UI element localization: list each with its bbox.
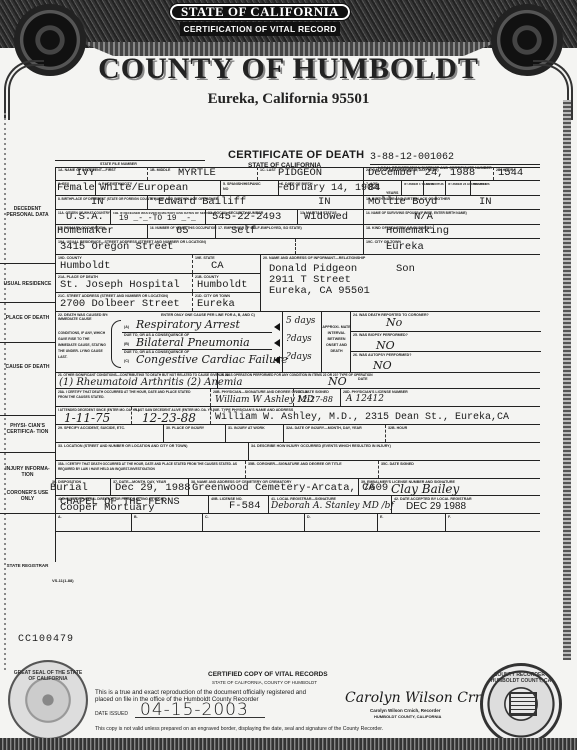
- field-father: 9. NAME AND BIRTHPLACE OF FATHER Edward …: [147, 196, 363, 209]
- fd-license-value: F-584: [229, 500, 261, 512]
- field-occupation: 15. PRIMARY OCCUPATION Homemaker: [55, 225, 147, 238]
- cause-c-interval: ?days: [286, 352, 312, 362]
- field-place-of-death: 21A. PLACE OF DEATH St. Joseph Hospital: [55, 274, 192, 292]
- field-location: 33. LOCATION (STREET AND NUMBER OR LOCAT…: [55, 443, 248, 460]
- death-street-value: 2700 Dolbeer Street: [60, 298, 180, 310]
- state-banner: STATE OF CALIFORNIA: [170, 4, 350, 20]
- field-embalmer: 39. EMBALMER'S LICENSE NUMBER AND SIGNAT…: [358, 479, 540, 495]
- field-local-registrar: 41. LOCAL REGISTRAR—SIGNATURE Deborah A.…: [268, 496, 391, 513]
- row-residence-county: 19D. COUNTY Humboldt 19E. STATE CA: [55, 255, 260, 274]
- date-accepted-value: DEC 29 1988: [406, 501, 466, 512]
- field-birthplace: 8. BIRTHPLACE OF DECEDENT (STATE OR FORE…: [55, 196, 147, 209]
- registrar-box-c: C.: [202, 514, 304, 531]
- field-injury-date: 32A. DATE OF INJURY—MONTH, DAY, YEAR: [283, 425, 385, 442]
- field-hispanic: 5. SPANISH/HISPANIC NO: [220, 181, 278, 195]
- informant-city-value: Eureka, CA 95501: [269, 285, 370, 297]
- section-residence: USUAL RESIDENCE: [0, 281, 55, 287]
- row-funeral: 40A. NAME OF FUNERAL DIRECTOR (OR PERSON…: [55, 496, 540, 514]
- first-name-value: IVY: [76, 167, 95, 179]
- field-cause-of-death: 22. DEATH WAS CAUSED BY: ENTER ONLY ONE …: [55, 312, 485, 372]
- hour-value: 1544: [498, 167, 523, 179]
- certification-banner: CERTIFICATION OF VITAL RECORD: [180, 22, 340, 36]
- field-hour: 2B. HOUR 1544: [493, 167, 540, 180]
- book-icon: [509, 692, 537, 716]
- interval-column: 5 days ?days ?days: [282, 312, 322, 372]
- residence-street-value: 3415 Oregon Street: [60, 241, 173, 253]
- other-conditions-value: (1) Rheumatoid Arthritis (2) Anemia: [59, 377, 242, 388]
- county-recorder-seal-icon: COUNTY RECORDER • HUMBOLDT COUNTY, CA: [480, 663, 562, 745]
- perforated-edge-right: [563, 100, 571, 660]
- registrar-box-b: B.: [131, 514, 202, 531]
- birthplace-value: IN: [91, 196, 104, 208]
- row-coroner: 35A. I CERTIFY THAT DEATH OCCURRED AT TH…: [55, 461, 540, 479]
- field-residence-state: 19E. STATE CA: [192, 255, 260, 273]
- section-coroner: CORONER'S USE ONLY: [0, 490, 55, 502]
- field-under1-days: DAYS: [423, 181, 445, 195]
- field-residence-city: 19C. CITY OR TOWN Eureka: [363, 239, 540, 254]
- field-coroner-date: 35C. DATE SIGNED: [378, 461, 540, 478]
- embalmer-signature-value: Clay Bailey: [391, 482, 459, 496]
- death-city-value: Eureka: [197, 298, 235, 310]
- field-date-accepted: 42. DATE ACCEPTED BY LOCAL REGISTRAR DEC…: [391, 496, 540, 513]
- employer-value: Self: [231, 225, 256, 237]
- local-registrar-value: Deborah A. Stanley MD /bf: [271, 501, 394, 511]
- field-sex: 3. SEX Female: [55, 181, 95, 195]
- cause-b-interval: ?days: [286, 334, 312, 344]
- age-value: 84: [368, 182, 381, 194]
- field-physician-signature: 28B. PHYSICIAN—SIGNATURE AND DEGREE OR T…: [210, 389, 293, 406]
- years-occupation-value: 65: [176, 225, 189, 237]
- field-date-of-birth: 6. DATE OF BIRTH February 14, 1904: [278, 181, 363, 195]
- interval-label-box: APPROXI- MATE INTERVAL BETWEEN ONSET AND…: [322, 312, 351, 372]
- field-mother: 10. BIRTH NAME AND BIRTHPLACE OF MOTHER …: [363, 196, 540, 209]
- field-death-street: 21C. STREET ADDRESS (STREET AND NUMBER O…: [55, 293, 192, 311]
- field-operation: 27. WAS OPERATION PERFORMED FOR ANY COND…: [217, 372, 540, 388]
- father-birthplace-value: IN: [318, 196, 331, 208]
- row-occupation: 15. PRIMARY OCCUPATION Homemaker 16. NUM…: [55, 225, 540, 239]
- row-physician-2: I ATTENDED DECEDENT SINCE (ENTER MO. DA.…: [55, 407, 540, 425]
- row-state-registrar: A. B. C. D. E. F.: [55, 514, 540, 532]
- field-spouse: 14. NAME OF SURVIVING SPOUSE (IF WIFE, E…: [363, 210, 540, 224]
- row-demographics: 3. SEX Female 4. RACE/ETHNICITY White/Eu…: [55, 181, 540, 196]
- field-first-name: 1A. NAME OF DECEDENT—FIRST IVY: [55, 167, 147, 180]
- embalmer-number-value: 7609: [363, 482, 388, 494]
- field-fd-license: 40B. LICENSE NO. F-584: [208, 496, 268, 513]
- mother-name-value: Mollie Boyd: [368, 196, 437, 208]
- registrar-box-f: F.: [445, 514, 540, 531]
- section-physician: PHYSI- CIAN'S CERTIFICA- TION: [0, 423, 55, 435]
- father-name-value: Edward Bailiff: [158, 196, 246, 208]
- field-informant: 20. NAME AND ADDRESS OF INFORMANT—RELATI…: [260, 255, 540, 312]
- row-citizenship: 11A. CITIZEN OF WHAT COUNTRY U.S.A. 11B.…: [55, 210, 540, 225]
- row-place-of-death: 21A. PLACE OF DEATH St. Joseph Hospital …: [55, 274, 260, 293]
- divider: [0, 513, 55, 514]
- recorder-county: HUMBOLDT COUNTY, CALIFORNIA: [374, 714, 441, 719]
- divider: [0, 342, 55, 343]
- field-ssn: 12. SOCIAL SECURITY NUMBER 545-22-2493: [205, 210, 297, 224]
- county-title: COUNTY OF HUMBOLDT: [0, 52, 577, 86]
- field-death-county: 21B. COUNTY Humboldt: [192, 274, 260, 292]
- row-physician-1: 28A. I CERTIFY THAT DEATH OCCURRED AT TH…: [55, 389, 540, 407]
- occupation-value: Homemaker: [57, 225, 114, 237]
- field-race: 4. RACE/ETHNICITY White/European: [95, 181, 220, 195]
- certificate-title: CERTIFICATE OF DEATH: [228, 149, 364, 161]
- field-employer: 17. EMPLOYER (IF SELF-EMPLOYED, SO STATE…: [215, 225, 363, 238]
- row-other-conditions: 23. OTHER SIGNIFICANT CONDITIONS—CONTRIB…: [55, 372, 540, 389]
- biopsy-value: NO: [376, 339, 395, 352]
- section-injury: INJURY INFORMA- TION: [0, 466, 55, 478]
- informant-relationship-value: Son: [396, 263, 415, 275]
- field-how-injury: 34. DESCRIBE HOW INJURY OCCURRED (EVENTS…: [248, 443, 540, 460]
- residence-city-value: Eureka: [386, 241, 424, 253]
- registrar-box-a: A.: [55, 514, 131, 531]
- disposition-value: Burial: [50, 482, 88, 494]
- operation-value: NO: [328, 375, 347, 388]
- field-years-occupation: 16. NUMBER OF YEARS THIS OCCUPATION 65: [147, 225, 215, 238]
- section-decedent: DECEDENT PERSONAL DATA: [0, 206, 55, 218]
- field-industry: 18. KIND OF INDUSTRY OR BUSINESS Homemak…: [363, 225, 540, 238]
- funeral-director-value-2: Cooper Mortuary: [60, 504, 155, 513]
- arrow-left-icon: [274, 323, 280, 331]
- industry-value: Homemaking: [386, 225, 449, 237]
- field-disposition: 36. DISPOSITION Burial: [50, 479, 110, 495]
- field-date-signed: 28C. DATE SIGNED 12-27-88: [293, 389, 340, 406]
- row-death-street: 21C. STREET ADDRESS (STREET AND NUMBER O…: [55, 293, 260, 312]
- death-county-value: Humboldt: [197, 279, 247, 291]
- registrar-box-d: D.: [304, 514, 377, 531]
- field-accident: 29. SPECIFY ACCIDENT, SUICIDE, ETC.: [55, 425, 163, 442]
- row-residence-street: 19A. USUAL RESIDENCE—STREET ADDRESS (STR…: [55, 239, 540, 255]
- divider: [0, 415, 55, 416]
- certificate-number: 3-88-12-001062: [370, 152, 454, 163]
- field-last-seen: I LAST SAW DECEDENT ALIVE (ENTER MO. DA.…: [131, 407, 210, 424]
- ornamental-border-bottom: [0, 738, 577, 750]
- control-number: CC100479: [18, 634, 74, 645]
- arrow-left-icon: [274, 339, 280, 347]
- field-coroner-certify: 35A. I CERTIFY THAT DEATH OCCURRED AT TH…: [55, 461, 245, 478]
- disposition-date-value: Dec 29, 1988: [115, 482, 191, 494]
- ssn-value: 545-22-2493: [212, 211, 281, 223]
- place-of-death-value: St. Joseph Hospital: [60, 279, 180, 291]
- field-under24-minutes: MINUTES: [470, 181, 540, 195]
- recorder-name: Carolyn Wilson Crnich, Recorder: [370, 708, 440, 713]
- physician-name-value: William W. Ashley, M.D., 2315 Dean St., …: [215, 412, 509, 423]
- last-name-value: PIDGEON: [278, 167, 322, 179]
- field-certify: 28A. I CERTIFY THAT DEATH OCCURRED AT TH…: [55, 389, 210, 406]
- certified-copy-subtitle: STATE OF CALIFORNIA, COUNTY OF HUMBOLDT: [212, 680, 317, 685]
- row-disposition: 36. DISPOSITION Burial 37. DATE—MONTH, D…: [55, 479, 540, 496]
- cause-bracket: [111, 320, 121, 368]
- state-seal-icon: GREAT SEAL OF THE STATE OF CALIFORNIA: [8, 660, 88, 740]
- divider: [0, 452, 55, 453]
- section-place-of-death: PLACE OF DEATH: [0, 315, 55, 321]
- field-license: 28D. PHYSICIAN'S LICENSE NUMBER A 12412: [340, 389, 540, 406]
- divider: [370, 164, 540, 165]
- divider: [0, 263, 55, 264]
- field-death-city: 21D. CITY OR TOWN Eureka: [192, 293, 260, 311]
- date-of-death-value: December 24, 1988: [368, 167, 475, 179]
- field-citizen: 11A. CITIZEN OF WHAT COUNTRY U.S.A.: [55, 210, 110, 224]
- validity-disclaimer: This copy is not valid unless prepared o…: [95, 726, 383, 732]
- cause-c-value: Congestive Cardiac Failure: [136, 353, 288, 366]
- last-seen-value: 12-23-88: [142, 411, 196, 425]
- row-injury-1: 29. SPECIFY ACCIDENT, SUICIDE, ETC. 30. …: [55, 425, 540, 443]
- sex-value: Female: [57, 182, 95, 194]
- field-disposition-date: 37. DATE—MONTH, DAY, YEAR Dec 29, 1988: [110, 479, 188, 495]
- field-other-conditions: 23. OTHER SIGNIFICANT CONDITIONS—CONTRIB…: [55, 372, 217, 388]
- field-marital-status: 13. MARITAL STATUS Widowed: [297, 210, 363, 224]
- section-cause-of-death: CAUSE OF DEATH: [0, 364, 55, 370]
- form-code: VS-11(1-88): [52, 578, 74, 583]
- field-age: 7. AGE 84 YEARS: [363, 181, 401, 195]
- cause-b-value: Bilateral Pneumonia: [136, 336, 250, 349]
- residence-state-value: CA: [211, 260, 224, 272]
- field-autopsy: 26. WAS AUTOPSY PERFORMED? NO: [351, 352, 541, 372]
- row-parents: 8. BIRTHPLACE OF DECEDENT (STATE OR FORE…: [55, 196, 540, 210]
- license-value: A 12412: [346, 394, 384, 404]
- field-injury-hour: 32B. HOUR: [385, 425, 540, 442]
- field-coroner-signature: 35B. CORONER—SIGNATURE AND DEGREE OR TIT…: [245, 461, 378, 478]
- field-middle-name: 1B. MIDDLE MYRTLE: [147, 167, 257, 180]
- date-signed-value: 12-27-88: [297, 395, 333, 404]
- divider: [55, 160, 205, 161]
- coroner-reported-value: No: [386, 316, 402, 329]
- field-under24-hours: IF UNDER 24 HOURS HOURS: [445, 181, 470, 195]
- divider: [0, 302, 55, 303]
- field-military: 11B. IF DECEASED WAS EVER IN MILITARY GI…: [110, 210, 205, 224]
- divider: [135, 717, 265, 718]
- certified-copy-title: CERTIFIED COPY OF VITAL RECORDS: [208, 671, 328, 678]
- field-attended-since: I ATTENDED DECEDENT SINCE (ENTER MO. DA.…: [55, 407, 131, 424]
- field-residence-19b: [295, 239, 363, 254]
- date-issued-label: DATE ISSUED: [95, 711, 128, 717]
- state-file-number-label: STATE FILE NUMBER: [100, 162, 137, 166]
- marital-value: Widowed: [304, 211, 348, 223]
- citizen-value: U.S.A.: [66, 211, 104, 223]
- attended-since-value: 1-11-75: [64, 411, 110, 425]
- cemetery-value: Greenwood Cemetery-Arcata, CA: [192, 482, 375, 494]
- field-coroner-reported: 24. WAS DEATH REPORTED TO CORONER? No: [351, 312, 541, 332]
- field-physician-name: 28E. TYPE PHYSICIAN'S NAME AND ADDRESS W…: [210, 407, 540, 424]
- residence-county-value: Humboldt: [60, 260, 110, 272]
- county-subtitle: Eureka, California 95501: [0, 91, 577, 108]
- arrow-left-icon: [274, 356, 280, 364]
- field-residence-county: 19D. COUNTY Humboldt: [55, 255, 192, 273]
- registrar-box-e: E.: [377, 514, 445, 531]
- field-last-name: 1C. LAST PIDGEON: [257, 167, 363, 180]
- section-registrar: STATE REGISTRAR: [0, 563, 55, 569]
- field-under1-months: IF UNDER 1 YEAR MONTHS: [401, 181, 423, 195]
- middle-name-value: MYRTLE: [178, 167, 216, 179]
- military-value: 19 _-_-TO 19 _-_: [119, 214, 196, 223]
- spouse-value: N/A: [414, 211, 433, 223]
- perforated-edge-left: [4, 110, 6, 670]
- cause-a-value: Respiratory Arrest: [136, 318, 240, 331]
- cause-a-interval: 5 days: [286, 316, 315, 326]
- row-injury-2: 33. LOCATION (STREET AND NUMBER OR LOCAT…: [55, 443, 540, 461]
- field-biopsy: 25. WAS BIOPSY PERFORMED? NO: [351, 332, 541, 352]
- mother-birthplace-value: IN: [479, 196, 492, 208]
- field-funeral-director: 40A. NAME OF FUNERAL DIRECTOR (OR PERSON…: [55, 496, 208, 513]
- row-names: 1A. NAME OF DECEDENT—FIRST IVY 1B. MIDDL…: [55, 167, 540, 181]
- race-value: White/European: [100, 182, 188, 194]
- field-cemetery: 38. NAME AND ADDRESS OF CEMETERY OR CREM…: [188, 479, 358, 495]
- autopsy-value: NO: [373, 359, 392, 372]
- field-injury-at-work: 31. INJURY AT WORK: [225, 425, 283, 442]
- field-place-of-injury: 30. PLACE OF INJURY: [163, 425, 225, 442]
- field-date-of-death: 2A. DATE OF DEATH (MONTH, DAY, YEAR) Dec…: [363, 167, 493, 180]
